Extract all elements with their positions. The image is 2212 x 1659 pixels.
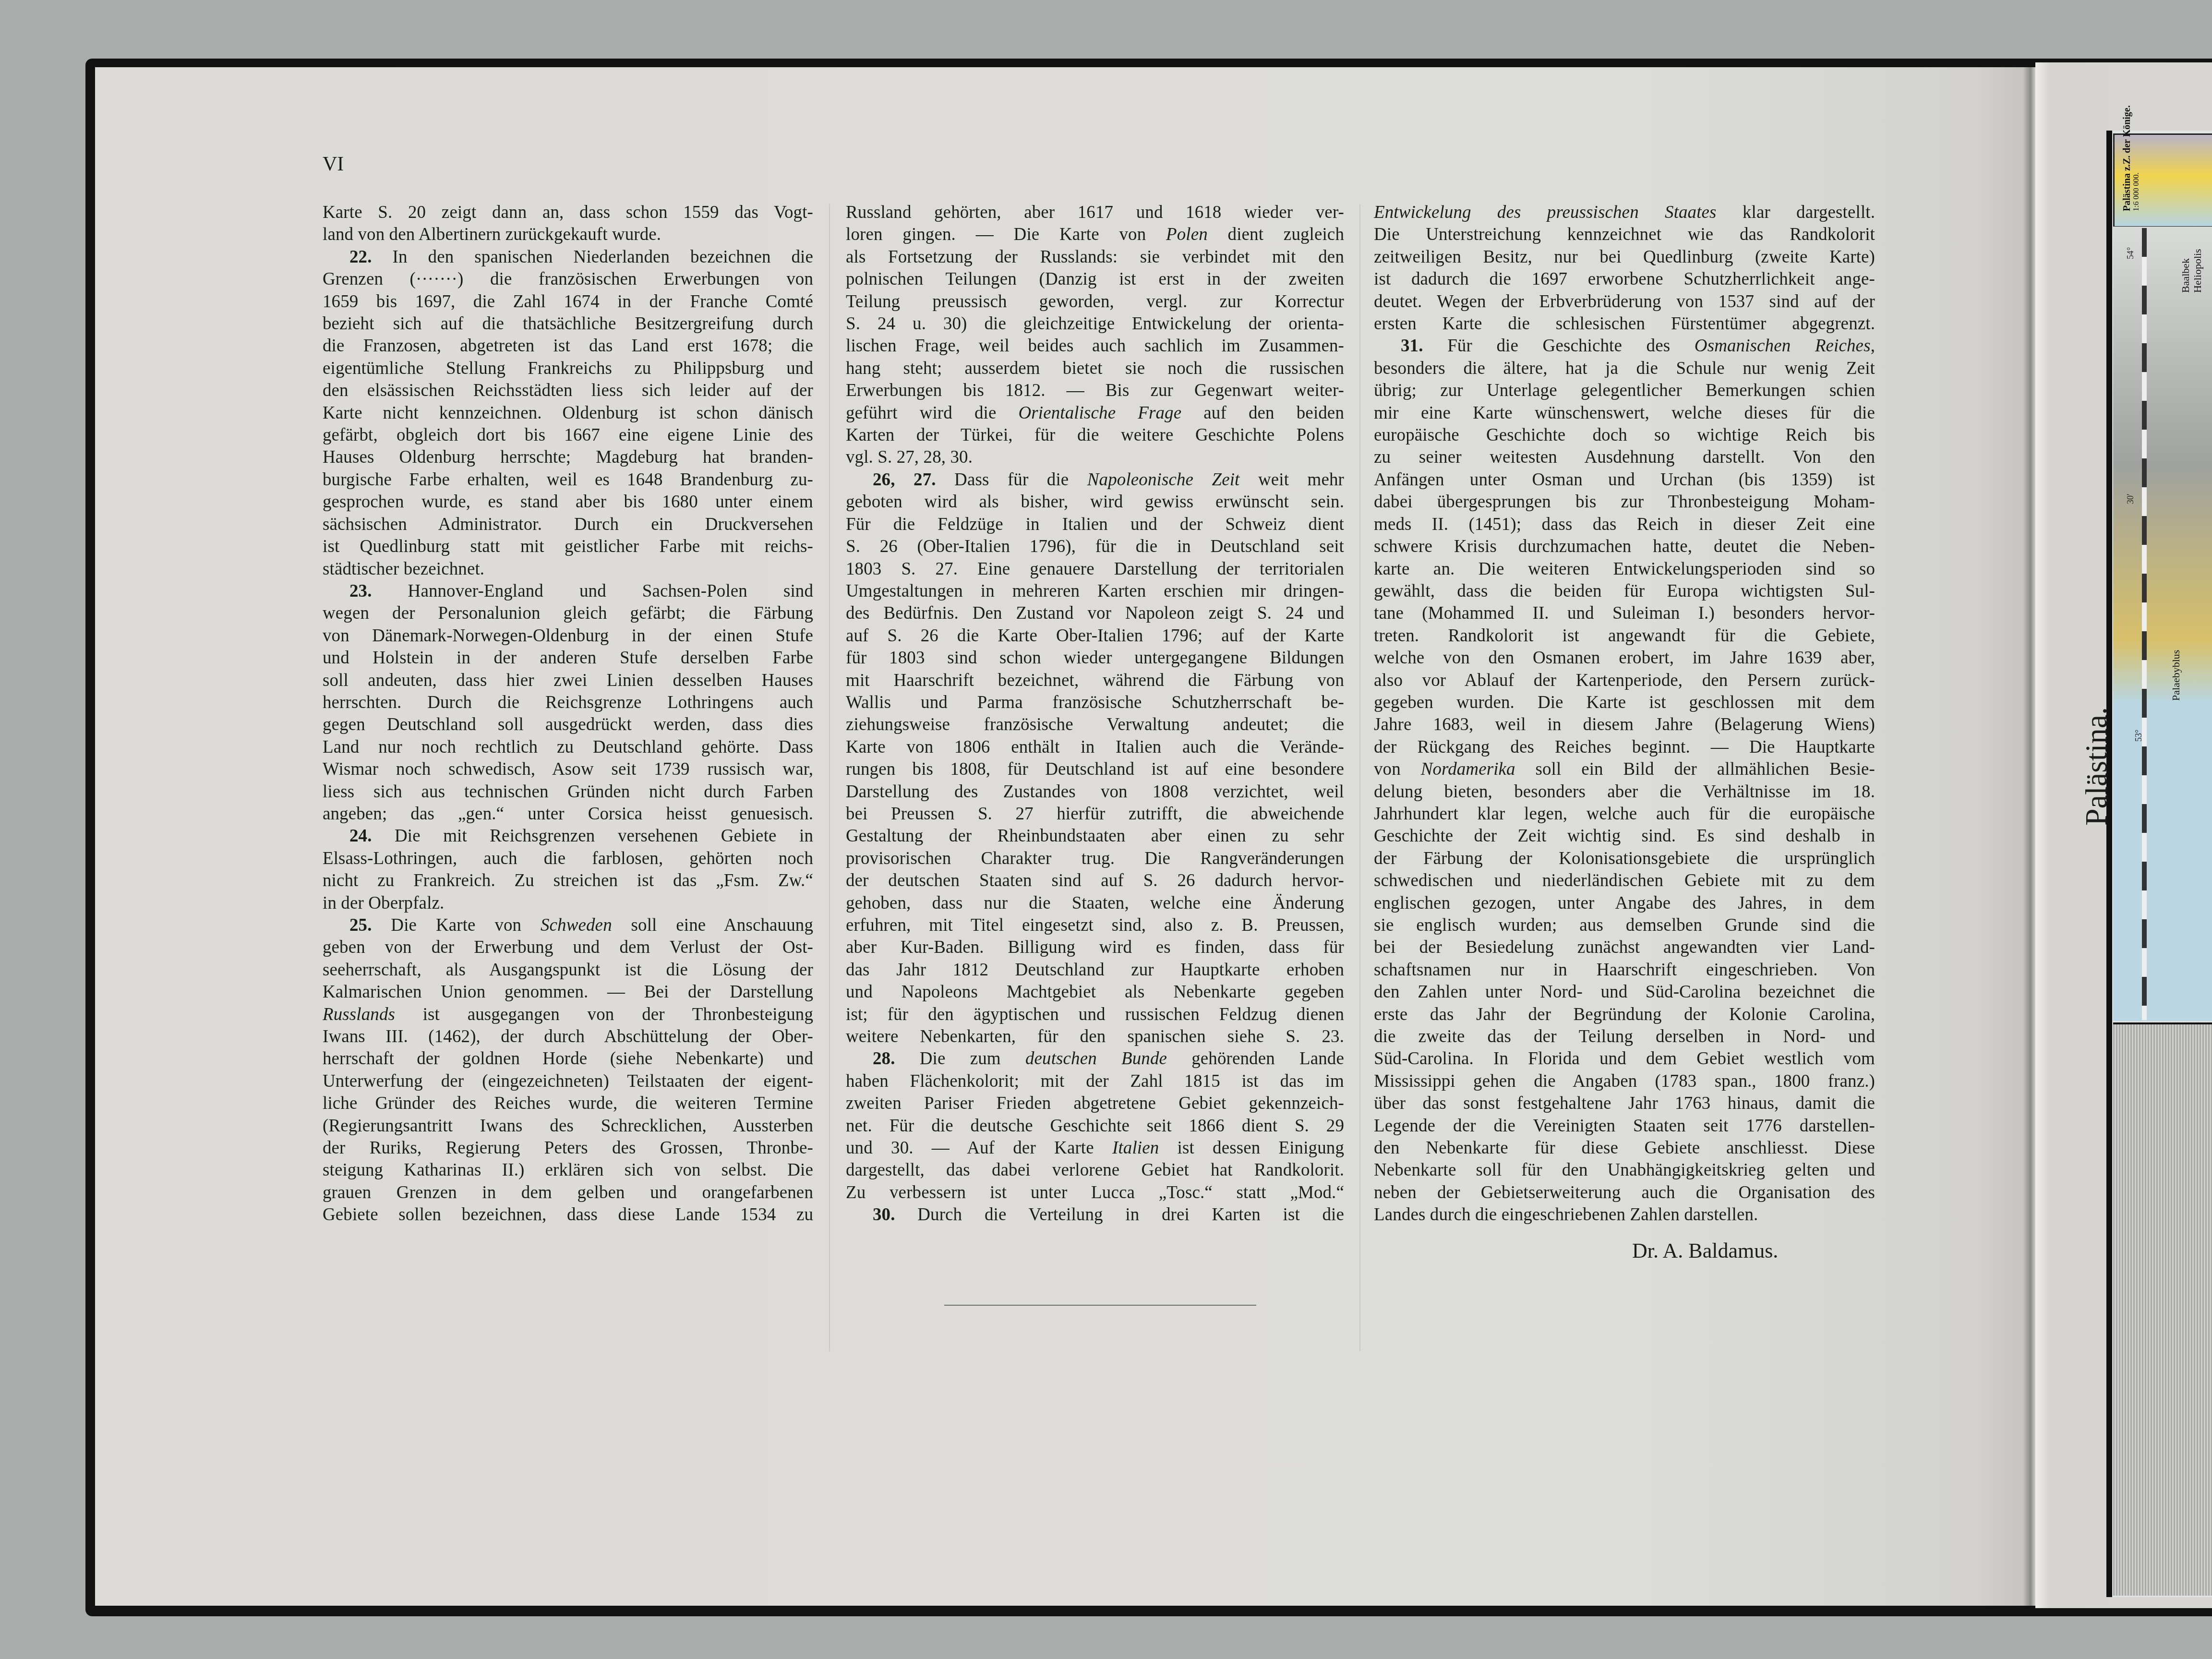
italic-term: Italien [1112, 1138, 1159, 1158]
text-line: über das sonst festgehaltene Jahr 1763 h… [1374, 1093, 1875, 1115]
text-line: Teilung preussisch geworden, vergl. zur … [846, 291, 1344, 313]
text-line: ist dadurch die 1697 erworbene Schutzher… [1374, 268, 1875, 290]
text-line: Russlands ist ausgegangen von der Thronb… [323, 1004, 813, 1026]
map-city-label: Baalbek [2179, 258, 2192, 293]
text-line: dargestellt, das dabei verlorene Gebiet … [846, 1159, 1344, 1181]
text-line: steigung Katharinas II.) erklären sich v… [323, 1159, 813, 1181]
map-inset-scale: 1:6 000 000. [2132, 173, 2141, 211]
text-line: 22. In den spanischen Niederlanden bezei… [323, 246, 813, 268]
text-line: mir eine Karte wünschenswert, welche die… [1374, 402, 1875, 424]
text-line: (Regierungsantritt Iwans des Schrecklich… [323, 1115, 813, 1137]
text-line: den Zahlen unter Nord- und Süd-Carolina … [1374, 981, 1875, 1003]
italic-term: Napoleonische Zeit [1087, 470, 1240, 490]
text-line: aber Kur-Baden. Billigung wird es finden… [846, 937, 1344, 959]
text-line: Jahrhundert klar legen, welche auch für … [1374, 803, 1875, 825]
text-line: Unterwerfung der (eingezeichneten) Teils… [323, 1070, 813, 1093]
text-line: erste das Jahr der Begründung der Koloni… [1374, 1004, 1875, 1026]
text-line: des Bedürfnis. Den Zustand vor Napoleon … [846, 602, 1344, 625]
text-line: von Dänemark-Norwegen-Oldenburg in der e… [323, 625, 813, 647]
section-number: 26, 27. [873, 470, 936, 490]
text-line: deutet. Wegen der Erbverbrüderung von 15… [1374, 291, 1875, 313]
text-line: treten. Randkolorit ist angewandt für di… [1374, 625, 1875, 647]
text-line: 30. Durch die Verteilung in drei Karten … [846, 1204, 1344, 1226]
text-line: Die Unterstreichung kennzeichnet wie das… [1374, 224, 1875, 246]
section-number: 24. [349, 826, 372, 846]
text-line: besonders die ältere, hat ja die Schule … [1374, 358, 1875, 380]
text-line: S. 26 (Ober-Italien 1796), für die in De… [846, 536, 1344, 558]
text-line: weitere Nebenkarten, für den spanischen … [846, 1026, 1344, 1048]
text-line: und 30. — Auf der Karte Italien ist dess… [846, 1137, 1344, 1159]
text-line: sächsischen Administrator. Durch ein Dru… [323, 514, 813, 536]
text-line: Karte S. 20 zeigt dann an, dass schon 15… [323, 202, 813, 224]
text-line: 25. Die Karte von Schweden soll eine Ans… [323, 914, 813, 937]
text-line: vgl. S. 27, 28, 30. [846, 446, 1344, 469]
text-line: bei Preussen S. 27 hierfür zutrifft, die… [846, 803, 1344, 825]
map-city-label: Heliopolis [2191, 249, 2204, 293]
text-line: delung bieten, besonders aber die Verhäl… [1374, 781, 1875, 803]
text-line: lischen Frage, weil beides auch sachlich… [846, 335, 1344, 357]
text-line: dabei übergesprungen bis zur Thronbestei… [1374, 491, 1875, 513]
text-line: Zu verbessern ist unter Lucca „Tosc.“ st… [846, 1182, 1344, 1204]
text-line: Jahre 1683, weil in diesem Jahre (Belage… [1374, 714, 1875, 736]
text-line: Russland gehörten, aber 1617 und 1618 wi… [846, 202, 1344, 224]
text-line: provisorischen Charakter trug. Die Rangv… [846, 848, 1344, 870]
text-line: karte an. Die weiteren Entwickelungsperi… [1374, 558, 1875, 580]
map-inset-title: Palästina z.Z. der Könige. [2122, 105, 2133, 211]
text-line: 1803 S. 27. Eine genauere Darstellung de… [846, 558, 1344, 580]
text-line: hang steht; ausserdem bietet sie noch di… [846, 358, 1344, 380]
column-divider [1359, 204, 1360, 1351]
text-line: schwedischen und niederländischen Gebiet… [1374, 870, 1875, 892]
text-line: englischen gezogen, unter Angabe des Jah… [1374, 892, 1875, 914]
text-line: Kalmarischen Union genommen. — Bei der D… [323, 981, 813, 1003]
text-line: Grenzen (·······) die französischen Erwe… [323, 268, 813, 290]
text-line: in der Oberpfalz. [323, 892, 813, 914]
text-line: und Napoleons Machtgebiet als Nebenkarte… [846, 981, 1344, 1003]
section-number: 25. [349, 915, 372, 935]
text-line: Anfängen unter Osman und Urchan (bis 135… [1374, 469, 1875, 491]
text-line: Geschichte der Zeit wichtig sind. Es sin… [1374, 825, 1875, 847]
section-number: 30. [873, 1205, 895, 1225]
text-line: schwere Krisis durchzumachen hatte, deut… [1374, 536, 1875, 558]
italic-term: Orientalische Frage [1019, 403, 1182, 423]
text-line: gegen Deutschland soll ausgedrückt werde… [323, 714, 813, 736]
text-line: das Jahr 1812 Deutschland zur Hauptkarte… [846, 959, 1344, 981]
text-line: nicht zu Frankreich. Zu streichen ist da… [323, 870, 813, 892]
text-line: Iwans III. (1462), der durch Abschüttelu… [323, 1026, 813, 1048]
text-line: Entwickelung des preussischen Staates kl… [1374, 202, 1875, 224]
text-line: die Franzosen, abgetreten ist das Land e… [323, 335, 813, 357]
map-main-area [2113, 227, 2212, 1021]
text-line: ist Quedlinburg statt mit geistlicher Fa… [323, 536, 813, 558]
italic-term: Polen [1166, 225, 1208, 244]
italic-term: Entwickelung des preussischen Staates [1374, 203, 1717, 222]
text-line: und Holstein in der anderen Stufe dersel… [323, 647, 813, 669]
section-number: 28. [873, 1049, 895, 1069]
end-rule [944, 1305, 1256, 1306]
text-line: 26, 27. Dass für die Napoleonische Zeit … [846, 469, 1344, 491]
text-line: europäische Geschichte doch so wichtige … [1374, 424, 1875, 446]
text-column-3: Entwickelung des preussischen Staates kl… [1374, 202, 1875, 1226]
text-line: den elsässischen Reichsstädten liess sic… [323, 380, 813, 402]
italic-term: Nordamerika [1421, 759, 1515, 779]
text-line: gefärbt, obgleich dort bis 1667 eine eig… [323, 424, 813, 446]
text-line: sie englisch wurden; aus demselben Grund… [1374, 914, 1875, 937]
text-line: eigentümliche Stellung Frankreichs zu Ph… [323, 358, 813, 380]
text-line: zeitweiligen Besitz, nur bei Quedlinburg… [1374, 246, 1875, 268]
text-line: 23. Hannover-England und Sachsen-Polen s… [323, 580, 813, 602]
text-line: der Rückgang des Reiches beginnt. — Die … [1374, 736, 1875, 758]
text-line: S. 24 u. 30) die gleichzeitige Entwickel… [846, 313, 1344, 335]
text-line: übrig; zur Unterlage gelegentlicher Beme… [1374, 380, 1875, 402]
text-line: gehoben, dass nur die Staaten, welche ei… [846, 892, 1344, 914]
text-line: Darstellung des Zustandes von 1808 verzi… [846, 781, 1344, 803]
text-line: 31. Für die Geschichte des Osmanischen R… [1374, 335, 1875, 357]
italic-term: Schweden [541, 915, 612, 935]
text-line: loren gingen. — Die Karte von Polen dien… [846, 224, 1344, 246]
text-line: erfuhren, mit Titel eingesetzt sind, als… [846, 914, 1344, 937]
text-line: Karte nicht kennzeichnen. Oldenburg ist … [323, 402, 813, 424]
text-line: Landes durch die eingeschriebenen Zahlen… [1374, 1204, 1875, 1226]
map-degree-label: 53° [2134, 730, 2144, 742]
section-number: 31. [1401, 336, 1423, 356]
text-line: net. Für die deutsche Geschichte seit 18… [846, 1115, 1344, 1137]
text-line: Hauses Oldenburg herrschte; Magdeburg ha… [323, 446, 813, 469]
text-line: der Färbung der Kolonisationsgebiete die… [1374, 848, 1875, 870]
text-line: geführt wird die Orientalische Frage auf… [846, 402, 1344, 424]
text-line: 1659 bis 1697, die Zahl 1674 in der Fran… [323, 291, 813, 313]
text-line: geboten wird als bisher, wird gewiss erw… [846, 491, 1344, 513]
text-line: Mississippi gehen die Angaben (1783 span… [1374, 1070, 1875, 1093]
text-line: liche Gründer des Reiches wurde, die wei… [323, 1093, 813, 1115]
map-city-label: Palaebyblus [2170, 650, 2182, 701]
text-line: Wallis und Parma französische Schutzherr… [846, 692, 1344, 714]
text-line: gewählt, dass die beiden für Europa wich… [1374, 580, 1875, 602]
text-line: Für die Feldzüge in Italien und der Schw… [846, 514, 1344, 536]
text-line: Gestaltung der Rheinbundstaaten aber ein… [846, 825, 1344, 847]
text-line: gesprochen wurde, es stand aber bis 1680… [323, 491, 813, 513]
text-line: den Nebenkarte für diese Gebiete anschli… [1374, 1137, 1875, 1159]
text-column-1: Karte S. 20 zeigt dann an, dass schon 15… [323, 202, 813, 1226]
text-line: Gebiete sollen bezeichnen, dass diese La… [323, 1204, 813, 1226]
text-line: zweiten Pariser Frieden abgetretene Gebi… [846, 1093, 1344, 1115]
text-line: Süd-Carolina. In Florida und dem Gebiet … [1374, 1048, 1875, 1070]
text-line: Land nur noch rechtlich zu Deutschland g… [323, 736, 813, 758]
text-line: land von den Albertinern zurückgekauft w… [323, 224, 813, 246]
map-degree-label: 30' [2126, 494, 2136, 504]
text-line: der deutschen Staaten sind auf S. 26 dad… [846, 870, 1344, 892]
text-line: bei der Besiedelung zunächst angewandten… [1374, 937, 1875, 959]
text-line: Wismar noch schwedisch, Asow seit 1739 r… [323, 758, 813, 781]
text-line: seeherrschaft, als Ausgangspunkt ist die… [323, 959, 813, 981]
text-line: auf S. 26 die Karte Ober-Italien 1796; a… [846, 625, 1344, 647]
text-line: burgische Farbe erhalten, weil es 1648 B… [323, 469, 813, 491]
section-number: 23. [349, 581, 372, 601]
text-line: also vor Ablauf der Kartenperiode, den P… [1374, 670, 1875, 692]
text-line: angeben; das „gen.“ unter Corsica heisst… [323, 803, 813, 825]
text-line: grauen Grenzen in dem gelben und orangef… [323, 1182, 813, 1204]
text-line: Umgestaltungen in mehreren Karten erschi… [846, 580, 1344, 602]
text-line: von Nordamerika soll ein Bild der allmäh… [1374, 758, 1875, 781]
text-column-2: Russland gehörten, aber 1617 und 1618 wi… [846, 202, 1344, 1226]
text-line: gegeben wurden. Die Karte ist geschlosse… [1374, 692, 1875, 714]
column-divider [829, 204, 830, 1351]
author-signature: Dr. A. Baldamus. [1632, 1238, 1778, 1263]
section-number: 22. [349, 247, 372, 267]
text-line: rungen bis 1808, für Deutschland ist auf… [846, 758, 1344, 781]
text-line: Karten der Türkei, für die weitere Gesch… [846, 424, 1344, 446]
text-line: für 1803 sind schon wieder untergegangen… [846, 647, 1344, 669]
text-line: herrschaft der goldnen Horde (siehe Nebe… [323, 1048, 813, 1070]
map-degree-label: 54° [2126, 247, 2136, 259]
page-number: VI [323, 153, 344, 176]
text-line: herrschten. Durch die Reichsgrenze Lothr… [323, 692, 813, 714]
text-line: 28. Die zum deutschen Bunde gehörenden L… [846, 1048, 1344, 1070]
text-line: tane (Mohammed II. und Suleiman I.) beso… [1374, 602, 1875, 625]
italic-term: Osmanischen Reiches [1695, 336, 1871, 356]
text-line: als Fortsetzung der Russlands: sie verbi… [846, 246, 1344, 268]
text-line: meds II. (1451); dass das Reich in diese… [1374, 514, 1875, 536]
text-line: polnischen Teilungen (Danzig ist erst in… [846, 268, 1344, 290]
text-line: wegen der Personalunion gleich gefärbt; … [323, 602, 813, 625]
text-line: neben der Gebietserweiterung auch die Or… [1374, 1182, 1875, 1204]
text-line: mit Haarschrift bezeichnet, während die … [846, 670, 1344, 692]
text-line: bezieht sich auf die thatsächliche Besit… [323, 313, 813, 335]
text-line: die zweite das der Teilung derselben in … [1374, 1026, 1875, 1048]
text-line: welche von den Osmanen erobert, im Jahre… [1374, 647, 1875, 669]
text-line: der Ruriks, Regierung Peters des Grossen… [323, 1137, 813, 1159]
text-line: ersten Karte die schlesischen Fürstentüm… [1374, 313, 1875, 335]
text-line: liess sich aus technischen Gründen nicht… [323, 781, 813, 803]
italic-term: Russlands [323, 1005, 395, 1024]
text-line: haben Flächenkolorit; mit der Zahl 1815 … [846, 1070, 1344, 1093]
text-line: Legende der die Vereinigten Staaten seit… [1374, 1115, 1875, 1137]
text-line: ziehungsweise französische Verwaltung an… [846, 714, 1344, 736]
map-relief-section [2113, 1022, 2212, 1596]
text-line: Erwerbungen bis 1812. — Bis zur Gegenwar… [846, 380, 1344, 402]
text-line: schaftsnamen nur in Haarschrift eingesch… [1374, 959, 1875, 981]
text-line: zu seiner weitesten Ausdehnung darstellt… [1374, 446, 1875, 469]
text-line: 24. Die mit Reichsgrenzen versehenen Geb… [323, 825, 813, 847]
text-line: geben von der Erwerbung und dem Verlust … [323, 937, 813, 959]
text-line: Elsass-Lothringen, auch die farblosen, g… [323, 848, 813, 870]
text-line: ist; für den ägyptischen und russischen … [846, 1004, 1344, 1026]
text-line: Nebenkarte soll für den Unabhängigkeitsk… [1374, 1159, 1875, 1181]
text-line: soll andeuten, dass hier zwei Linien des… [323, 670, 813, 692]
text-line: städtischer bezeichnet. [323, 558, 813, 580]
map-scale-bar [2142, 228, 2147, 1020]
text-line: Karte von 1806 enthält in Italien auch d… [846, 736, 1344, 758]
italic-term: deutschen Bunde [1025, 1049, 1167, 1069]
